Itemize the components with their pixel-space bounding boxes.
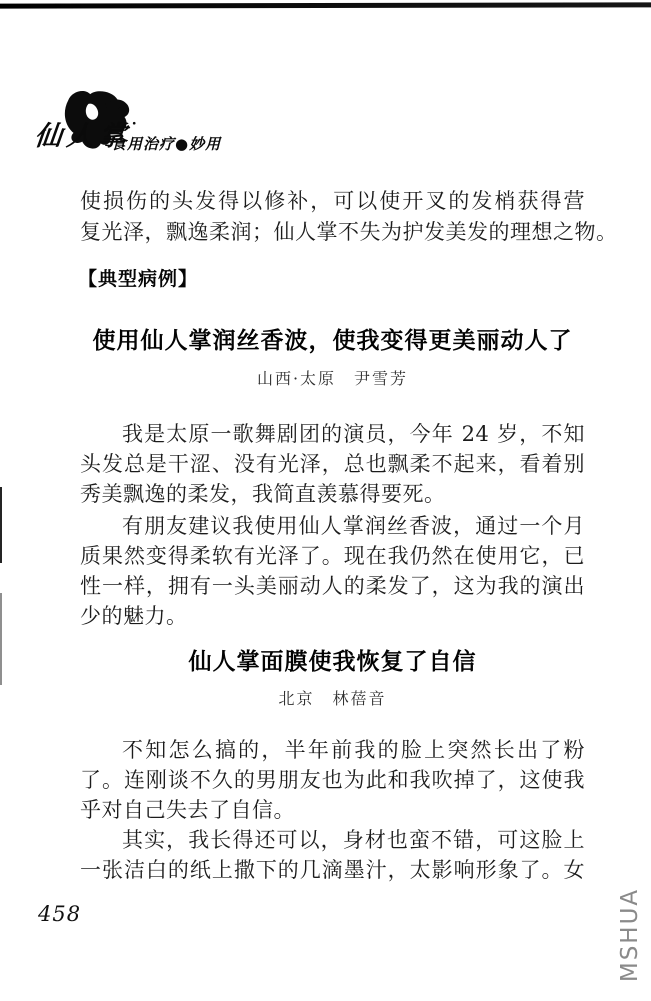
body-line: 其实，我长得还可以，身材也蛮不错，可这脸上的粉刺，就像 bbox=[80, 825, 585, 855]
case-byline: 北京 林蓓音 bbox=[80, 686, 585, 709]
body-line: 头发总是干涩、没有光泽，总也飘柔不起来，看着别人拥有一头 bbox=[80, 449, 585, 479]
paragraph: 不知怎么搞的，半年前我的脸上突然长出了粉刺，难看死 了。连刚谈不久的男朋友也为此… bbox=[80, 735, 585, 825]
paragraph: 其实，我长得还可以，身材也蛮不错，可这脸上的粉刺，就像 一张洁白的纸上撒下的几滴… bbox=[80, 825, 585, 885]
body-line: 复光泽，飘逸柔润；仙人掌不失为护发美发的理想之物。 bbox=[80, 217, 585, 248]
body-line: 性一样，拥有一头美丽动人的柔发了，这为我的演出也增加了不 bbox=[80, 571, 585, 601]
watermark: MSHUA bbox=[617, 875, 643, 995]
paragraph: 我是太原一歌舞剧团的演员，今年 24 岁，不知怎么的，我的 头发总是干涩、没有光… bbox=[80, 419, 585, 509]
book-logo: 仙人掌 食用治疗●妙用 bbox=[35, 88, 235, 170]
top-rule-divider bbox=[0, 2, 651, 8]
body-line: 少的魅力。 bbox=[80, 601, 585, 631]
section-label: 【典型病例】 bbox=[78, 264, 198, 291]
body-line: 一张洁白的纸上撒下的几滴墨汁，太影响形象了。女孩子嘛，特 bbox=[80, 855, 585, 885]
body-line: 乎对自己失去了自信。 bbox=[80, 795, 585, 825]
body-line: 我是太原一歌舞剧团的演员，今年 24 岁，不知怎么的，我的 bbox=[80, 419, 585, 449]
body-line: 不知怎么搞的，半年前我的脸上突然长出了粉刺，难看死 bbox=[80, 735, 585, 765]
logo-subtitle: 食用治疗●妙用 bbox=[111, 133, 221, 154]
scan-edge-artifact bbox=[0, 593, 2, 685]
body-line: 秀美飘逸的柔发，我简直羡慕得要死。 bbox=[80, 479, 585, 509]
intro-paragraph: 使损伤的头发得以修补，可以使开叉的发梢获得营养、滋润，恢 复光泽，飘逸柔润；仙人… bbox=[80, 186, 585, 248]
scanned-book-page: 仙人掌 食用治疗●妙用 使损伤的头发得以修补，可以使开叉的发梢获得营养、滋润，恢… bbox=[0, 0, 651, 1001]
case-title: 仙人掌面膜使我恢复了自信 bbox=[80, 643, 585, 676]
case-title: 使用仙人掌润丝香波，使我变得更美丽动人了 bbox=[80, 322, 585, 355]
paragraph: 有朋友建议我使用仙人掌润丝香波，通过一个月的试验，发 质果然变得柔软有光泽了。现… bbox=[80, 511, 585, 631]
body-line: 了。连刚谈不久的男朋友也为此和我吹掉了，这使我很自卑，几 bbox=[80, 765, 585, 795]
scan-edge-artifact bbox=[0, 487, 2, 563]
body-line: 使损伤的头发得以修补，可以使开叉的发梢获得营养、滋润，恢 bbox=[80, 186, 585, 217]
case-byline: 山西·太原 尹雪芳 bbox=[80, 366, 585, 389]
body-line: 质果然变得柔软有光泽了。现在我仍然在使用它，已和别的女 bbox=[80, 541, 585, 571]
body-line: 有朋友建议我使用仙人掌润丝香波，通过一个月的试验，发 bbox=[80, 511, 585, 541]
page-number: 458 bbox=[38, 902, 81, 926]
